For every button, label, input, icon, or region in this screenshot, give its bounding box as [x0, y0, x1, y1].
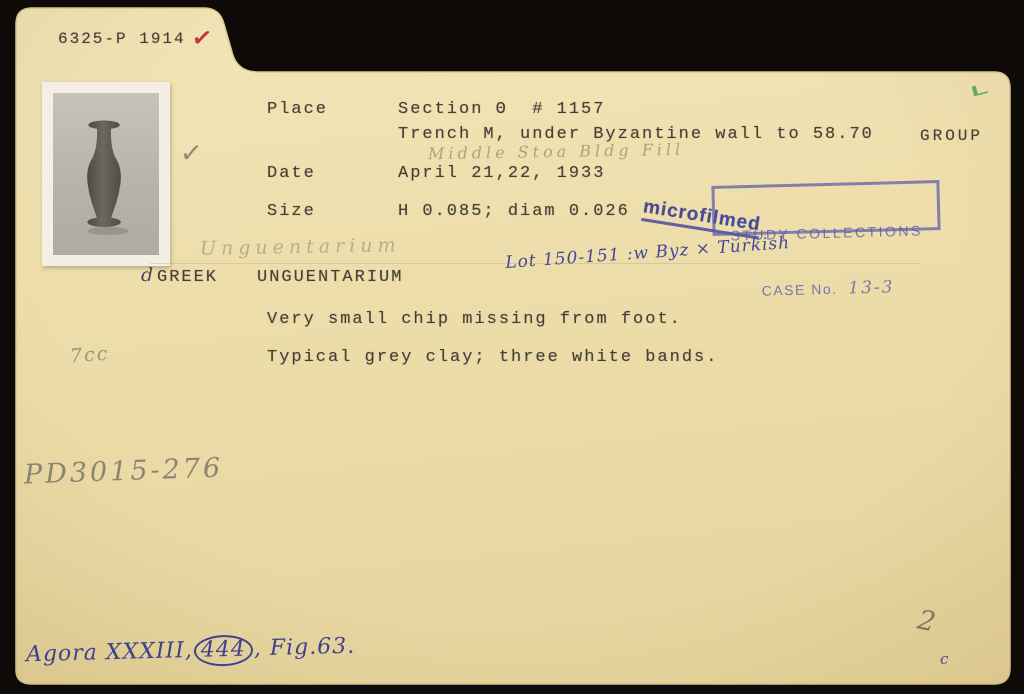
- pencil-note-7cc: 7cc: [69, 343, 110, 368]
- citation-prefix: Agora XXXIII,: [26, 638, 194, 667]
- pencil-note-unguentarium: Unguentarium: [200, 234, 401, 259]
- condition-note: Very small chip missing from foot.: [267, 310, 682, 329]
- citation-circled-number: 444: [193, 634, 253, 667]
- place-value-line1: Section Θ # 1157: [398, 100, 605, 119]
- case-number: 13-3: [848, 277, 895, 298]
- place-field-label: Place: [267, 100, 328, 119]
- case-no-label: CASE No.: [762, 281, 838, 299]
- study-collections-stamp: STUDY COLLECTIONS CASE No. 13-3: [711, 180, 940, 236]
- study-collections-line2: CASE No. 13-3: [717, 276, 939, 302]
- artifact-photo: [42, 82, 170, 266]
- tab-inventory-number: 6325-P 1914: [58, 30, 186, 48]
- green-tick-icon: L: [969, 81, 990, 101]
- date-value: April 21,22, 1933: [398, 164, 605, 183]
- citation-suffix: , Fig.63.: [254, 634, 356, 662]
- classification-text: GREEK: [157, 268, 218, 287]
- scanned-catalog-card: 6325-P 1914 ✓: [0, 0, 1024, 694]
- red-checkmark-icon: ✓: [190, 23, 214, 55]
- pencil-checkmark-icon: ✓: [179, 137, 204, 170]
- size-value: H 0.085; diam 0.026: [398, 202, 630, 221]
- unguentarium-vase-icon: [53, 92, 159, 256]
- object-name-text: UNGUENTARIUM: [257, 268, 403, 287]
- group-label: GROUP: [920, 127, 983, 145]
- pencil-note-pd-number: PD3015-276: [24, 453, 224, 491]
- pencil-note-middle-stoa: Middle Stoa Bldg Fill: [428, 140, 684, 163]
- faint-ruled-line: [150, 263, 920, 264]
- publication-citation: Agora XXXIII,444, Fig.63.: [26, 632, 356, 672]
- artifact-photo-frame: [53, 93, 159, 255]
- ink-d-mark: d: [141, 264, 153, 286]
- ink-small-c-mark: c: [940, 650, 948, 668]
- date-field-label: Date: [267, 164, 316, 183]
- size-field-label: Size: [267, 202, 316, 221]
- fabric-note: Typical grey clay; three white bands.: [267, 348, 718, 367]
- pencil-page-number: 2: [915, 605, 938, 639]
